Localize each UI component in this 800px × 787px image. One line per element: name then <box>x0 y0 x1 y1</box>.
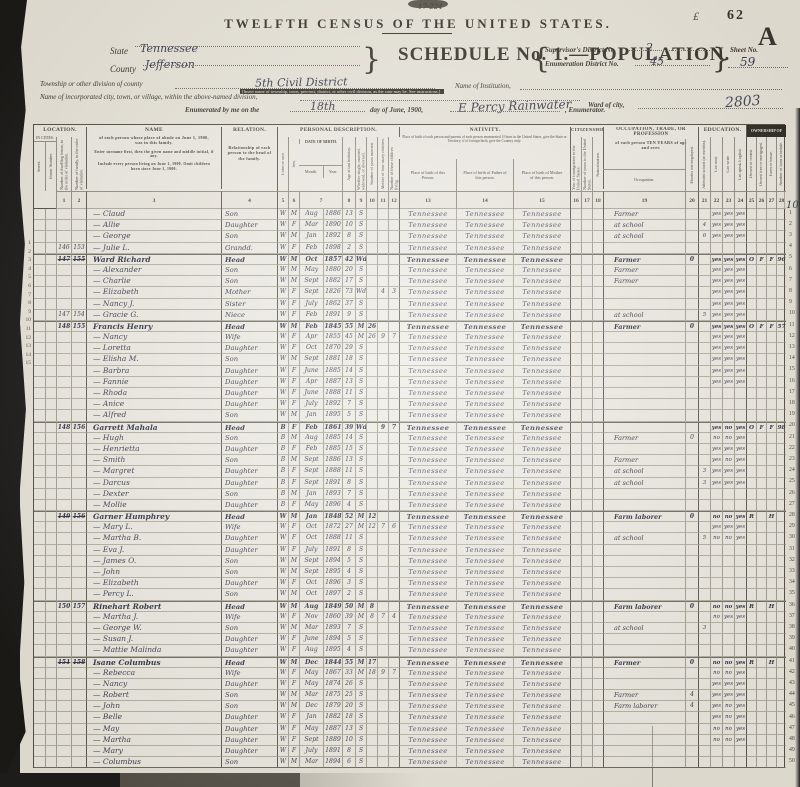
cell-english <box>734 567 746 578</box>
cell-name: — Hugh <box>86 433 221 444</box>
cell-schedule <box>776 545 786 556</box>
cell-pob_mother: Tennessee <box>513 310 570 321</box>
cell-living <box>388 366 399 377</box>
cell-schedule <box>776 265 786 276</box>
cell-farm: H <box>766 601 776 612</box>
cell-name: — Eva J. <box>86 545 221 556</box>
cell-owned <box>746 287 756 298</box>
cell-family <box>71 220 86 231</box>
cell-schedule <box>776 489 786 500</box>
cell-dwelling <box>56 377 71 388</box>
cell-street <box>34 220 45 231</box>
cell-sex: F <box>288 299 299 310</box>
cell-color: W <box>277 757 288 768</box>
cell-sex: F <box>288 645 299 656</box>
cell-read <box>710 388 722 399</box>
left-line-number: 15 <box>21 360 31 366</box>
cell-imm <box>570 757 581 768</box>
cell-occupation: at school <box>603 533 685 544</box>
cell-sex: M <box>288 354 299 365</box>
cell-month: Aug <box>299 433 323 444</box>
cell-house <box>45 567 56 578</box>
cell-occupation: at school <box>603 310 685 321</box>
cell-dwelling <box>56 354 71 365</box>
cell-imm <box>570 366 581 377</box>
cell-street <box>34 522 45 533</box>
cell-nat <box>592 209 603 220</box>
cell-school: 3 <box>698 478 710 489</box>
cell-marital: S <box>355 545 366 556</box>
cell-house <box>45 712 56 723</box>
cell-mother_of: 9 <box>377 668 388 679</box>
cell-house <box>45 299 56 310</box>
cell-relation: Daughter <box>221 679 277 690</box>
cell-mother_of <box>377 601 388 612</box>
handwritten-2803: 2803 <box>724 93 761 111</box>
cell-name: — Nancy <box>86 679 221 690</box>
cell-school <box>698 645 710 656</box>
cell-pob: Tennessee <box>399 377 456 388</box>
cell-write <box>722 746 734 757</box>
cell-pob_father: Tennessee <box>456 589 513 600</box>
cell-pob: Tennessee <box>399 299 456 310</box>
cell-imm <box>570 634 581 645</box>
cell-write <box>722 578 734 589</box>
cell-imm <box>570 321 581 332</box>
cell-yrs_us <box>581 455 592 466</box>
cell-family <box>71 455 86 466</box>
line-number: 28 <box>789 512 799 518</box>
cell-pob_mother: Tennessee <box>513 466 570 477</box>
cell-street <box>34 589 45 600</box>
cell-street <box>34 612 45 623</box>
cell-read: no <box>710 533 722 544</box>
cell-school <box>698 500 710 511</box>
cell-read: yes <box>710 522 722 533</box>
cell-street <box>34 276 45 287</box>
cell-imm <box>570 489 581 500</box>
cell-school <box>698 757 710 768</box>
cell-schedule <box>776 366 786 377</box>
cell-month: Oct <box>299 578 323 589</box>
cell-farm <box>766 209 776 220</box>
cell-schedule <box>776 511 786 522</box>
cell-schedule <box>776 657 786 668</box>
cell-sex: F <box>288 533 299 544</box>
cell-occupation <box>603 366 685 377</box>
cell-name: — Dexter <box>86 489 221 500</box>
cell-pob_father: Tennessee <box>456 724 513 735</box>
cell-house <box>45 433 56 444</box>
table-row: 147155Ward RichardHeadWMOct185742WdTenne… <box>34 254 786 265</box>
cell-read: no <box>710 724 722 735</box>
cell-months_unemployed <box>685 612 698 623</box>
cell-sex: M <box>288 601 299 612</box>
cell-mother_of <box>377 567 388 578</box>
name-sub2: Enter surname first, then the given name… <box>93 150 215 159</box>
cell-pob_mother: Tennessee <box>513 243 570 254</box>
cell-months_unemployed <box>685 422 698 433</box>
cell-month: Sept <box>299 354 323 365</box>
cell-mother_of <box>377 377 388 388</box>
cell-name: Rinehart Robert <box>86 601 221 612</box>
cell-nat <box>592 276 603 287</box>
cell-schedule <box>776 388 786 399</box>
day-rule <box>290 111 365 112</box>
cell-read <box>710 410 722 421</box>
cell-mother_of <box>377 220 388 231</box>
cell-schedule <box>776 243 786 254</box>
cell-pob_father: Tennessee <box>456 410 513 421</box>
cell-read: yes <box>710 321 722 332</box>
cell-schedule <box>776 276 786 287</box>
cell-relation: Son <box>221 433 277 444</box>
cell-sex: F <box>288 466 299 477</box>
cell-write: no <box>722 422 734 433</box>
cell-year: 1892 <box>323 399 342 410</box>
cell-pob: Tennessee <box>399 489 456 500</box>
cell-school <box>698 399 710 410</box>
cell-street <box>34 533 45 544</box>
cell-read <box>710 645 722 656</box>
cell-mother_of <box>377 690 388 701</box>
cell-read: no <box>710 668 722 679</box>
cell-free <box>756 455 766 466</box>
cell-pob_mother: Tennessee <box>513 533 570 544</box>
line-number: 2 <box>789 221 799 227</box>
cell-sex: F <box>288 399 299 410</box>
cell-yrs_us <box>581 522 592 533</box>
cell-english <box>734 634 746 645</box>
cell-family <box>71 231 86 242</box>
cell-living <box>388 533 399 544</box>
table-row: — SmithSonBMSept188613STennesseeTennesse… <box>34 455 786 466</box>
table-row: — ColumbusSonWMMar18946STennesseeTenness… <box>34 757 786 768</box>
cell-pob: Tennessee <box>399 735 456 746</box>
cell-marital: S <box>355 444 366 455</box>
cell-pob_mother: Tennessee <box>513 589 570 600</box>
cell-months_unemployed <box>685 410 698 421</box>
cell-pob_father: Tennessee <box>456 500 513 511</box>
cell-school <box>698 433 710 444</box>
cell-school <box>698 388 710 399</box>
cell-occupation: at school <box>603 466 685 477</box>
cell-yrs_us <box>581 310 592 321</box>
cell-yrs_married: 18 <box>366 668 377 679</box>
cell-marital: M <box>355 601 366 612</box>
cell-imm <box>570 265 581 276</box>
table-row: — AniceDaughterWFJuly18927STennesseeTenn… <box>34 399 786 410</box>
cell-schedule <box>776 645 786 656</box>
cell-write: no <box>722 601 734 612</box>
cell-dwelling: 146 <box>56 243 71 254</box>
cell-owned <box>746 623 756 634</box>
cell-living <box>388 444 399 455</box>
cell-nat <box>592 735 603 746</box>
cell-owned <box>746 690 756 701</box>
cell-relation: Daughter <box>221 578 277 589</box>
cell-age: 18 <box>342 354 355 365</box>
cell-relation: Wife <box>221 612 277 623</box>
cell-write: no <box>722 657 734 668</box>
cell-write: no <box>722 455 734 466</box>
cell-imm <box>570 399 581 410</box>
cell-age: 11 <box>342 533 355 544</box>
cell-relation: Son <box>221 410 277 421</box>
cell-farm <box>766 231 776 242</box>
cell-year: 1870 <box>323 343 342 354</box>
cell-living <box>388 589 399 600</box>
column-number: 6 <box>288 191 299 209</box>
cell-english: yes <box>734 276 746 287</box>
cell-month: Nov <box>299 612 323 623</box>
cell-nat <box>592 701 603 712</box>
cell-house <box>45 310 56 321</box>
cell-free <box>756 265 766 276</box>
cell-nat <box>592 343 603 354</box>
cell-living <box>388 265 399 276</box>
cell-months_unemployed <box>685 578 698 589</box>
column-number: 27 <box>766 191 776 209</box>
cell-farm: F <box>766 422 776 433</box>
cell-relation: Son <box>221 623 277 634</box>
cell-schedule <box>776 231 786 242</box>
cell-farm <box>766 354 776 365</box>
cell-months_unemployed <box>685 243 698 254</box>
cell-color: W <box>277 601 288 612</box>
cell-color: B <box>277 478 288 489</box>
cell-color: W <box>277 657 288 668</box>
cell-nat <box>592 567 603 578</box>
column-number: 17 <box>581 191 592 209</box>
cell-marital: S <box>355 366 366 377</box>
cell-month: Mar <box>299 220 323 231</box>
cell-dwelling <box>56 612 71 623</box>
cell-dwelling <box>56 489 71 500</box>
cell-school <box>698 422 710 433</box>
line-number: 20 <box>789 422 799 428</box>
cell-dwelling: 147 <box>56 254 71 265</box>
cell-nat <box>592 634 603 645</box>
cell-pob: Tennessee <box>399 578 456 589</box>
cell-write: yes <box>722 522 734 533</box>
cell-farm <box>766 343 776 354</box>
cell-write <box>722 623 734 634</box>
cell-dwelling <box>56 757 71 768</box>
cell-months_unemployed <box>685 634 698 645</box>
table-row: — HenriettaDaughterBFFeb188515STennessee… <box>34 444 786 455</box>
cell-pob_mother: Tennessee <box>513 478 570 489</box>
column-number: 14 <box>456 191 513 209</box>
cell-marital: S <box>355 455 366 466</box>
cell-write <box>722 399 734 410</box>
cell-months_unemployed <box>685 545 698 556</box>
cell-write: yes <box>722 679 734 690</box>
cell-house <box>45 466 56 477</box>
cell-imm <box>570 254 581 265</box>
cell-farm <box>766 556 776 567</box>
cell-occupation <box>603 645 685 656</box>
cell-dwelling: 149 <box>56 511 71 522</box>
cell-month: May <box>299 724 323 735</box>
cell-nat <box>592 623 603 634</box>
cell-sex: F <box>288 444 299 455</box>
cell-months_unemployed <box>685 589 698 600</box>
cell-occupation: Farmer <box>603 265 685 276</box>
cell-mother_of <box>377 545 388 556</box>
state-rule <box>135 46 360 47</box>
cell-family <box>71 366 86 377</box>
cell-occupation <box>603 712 685 723</box>
cell-imm <box>570 556 581 567</box>
cell-year: 1857 <box>323 254 342 265</box>
cell-owned <box>746 522 756 533</box>
left-line-number: 10 <box>21 317 31 323</box>
cell-relation: Daughter <box>221 735 277 746</box>
cell-pob_father: Tennessee <box>456 757 513 768</box>
table-row: 146153— Julie L.Grandd.WFFeb18982STennes… <box>34 243 786 254</box>
cell-yrs_married <box>366 366 377 377</box>
cell-write: yes <box>722 444 734 455</box>
cell-yrs_us <box>581 757 592 768</box>
cell-living <box>388 545 399 556</box>
cell-mother_of <box>377 343 388 354</box>
cell-school <box>698 522 710 533</box>
cell-schedule <box>776 601 786 612</box>
cell-occupation <box>603 679 685 690</box>
cell-yrs_married <box>366 254 377 265</box>
cell-year: 1880 <box>323 265 342 276</box>
cell-read: yes <box>710 422 722 433</box>
cell-schedule <box>776 377 786 388</box>
cell-pob: Tennessee <box>399 354 456 365</box>
cell-relation: Mother <box>221 287 277 298</box>
cell-free <box>756 478 766 489</box>
cell-sex: M <box>288 209 299 220</box>
cell-sex: F <box>288 243 299 254</box>
cell-dwelling <box>56 545 71 556</box>
cell-mother_of: 4 <box>377 287 388 298</box>
col-naturalization: Naturalization. <box>592 137 603 191</box>
cell-marital: S <box>355 500 366 511</box>
cell-pob_father: Tennessee <box>456 478 513 489</box>
cell-pob_father: Tennessee <box>456 444 513 455</box>
cell-owned <box>746 276 756 287</box>
cell-marital: Wd <box>355 287 366 298</box>
cell-street <box>34 399 45 410</box>
cell-name: — Margret <box>86 466 221 477</box>
cell-yrs_married <box>366 388 377 399</box>
education-group-title: EDUCATION. <box>698 127 746 137</box>
cell-schedule: 96 <box>776 254 786 265</box>
cell-free <box>756 612 766 623</box>
cell-free <box>756 343 766 354</box>
cell-house <box>45 724 56 735</box>
cell-sex: M <box>288 265 299 276</box>
cell-relation: Son <box>221 231 277 242</box>
cell-occupation <box>603 746 685 757</box>
cell-yrs_us <box>581 556 592 567</box>
cell-school <box>698 332 710 343</box>
cell-yrs_married: 26 <box>366 332 377 343</box>
cell-year: 1855 <box>323 332 342 343</box>
cell-nat <box>592 612 603 623</box>
cell-mother_of <box>377 231 388 242</box>
cell-street <box>34 321 45 332</box>
cell-marital: S <box>355 410 366 421</box>
cell-owned: O <box>746 254 756 265</box>
cell-free <box>756 332 766 343</box>
cell-owned <box>746 433 756 444</box>
cell-living <box>388 511 399 522</box>
cell-months_unemployed: 0 <box>685 511 698 522</box>
col-immigration-year: Year of immigration to the United States… <box>570 137 581 191</box>
table-row: — NancyWifeWFApr185545M2697TennesseeTenn… <box>34 332 786 343</box>
cell-months_unemployed <box>685 209 698 220</box>
line-number: 11 <box>789 322 799 328</box>
citizenship-group-title: CITIZENSHIP. <box>570 127 603 137</box>
cell-nat <box>592 410 603 421</box>
cell-pob_father: Tennessee <box>456 209 513 220</box>
cell-farm <box>766 332 776 343</box>
table-row: — ClaudSonWMAug188613STennesseeTennessee… <box>34 209 786 220</box>
cell-house <box>45 746 56 757</box>
cell-month: Jan <box>299 712 323 723</box>
district-brace-right: } <box>712 42 730 75</box>
cell-nat <box>592 657 603 668</box>
enumerated-mid: day of June, 1900, <box>370 106 423 114</box>
cell-owned <box>746 354 756 365</box>
cell-read: yes <box>710 466 722 477</box>
cell-write: yes <box>722 310 734 321</box>
cell-name: — Gracie G. <box>86 310 221 321</box>
cell-month: Feb <box>299 422 323 433</box>
cell-relation: Son <box>221 354 277 365</box>
cell-dwelling <box>56 712 71 723</box>
cell-english <box>734 545 746 556</box>
cell-pob_mother: Tennessee <box>513 276 570 287</box>
cell-english: yes <box>734 254 746 265</box>
cell-color: W <box>277 243 288 254</box>
cell-imm <box>570 589 581 600</box>
cell-pob_father: Tennessee <box>456 231 513 242</box>
cell-yrs_us <box>581 701 592 712</box>
cell-imm <box>570 243 581 254</box>
cell-dwelling <box>56 645 71 656</box>
cell-yrs_married <box>366 399 377 410</box>
cell-nat <box>592 500 603 511</box>
cell-pob_mother: Tennessee <box>513 623 570 634</box>
cell-year: 1882 <box>323 712 342 723</box>
cell-age: 7 <box>342 399 355 410</box>
cell-age: 11 <box>342 388 355 399</box>
cell-sex: M <box>288 556 299 567</box>
cell-month: Sept <box>299 276 323 287</box>
cell-free <box>756 489 766 500</box>
cell-pob_mother: Tennessee <box>513 757 570 768</box>
cell-farm <box>766 589 776 600</box>
cell-school <box>698 589 710 600</box>
cell-pob_father: Tennessee <box>456 533 513 544</box>
cell-house <box>45 444 56 455</box>
cell-yrs_married: 12 <box>366 522 377 533</box>
cell-pob_father: Tennessee <box>456 712 513 723</box>
cell-write: no <box>722 712 734 723</box>
cell-sex: F <box>288 500 299 511</box>
cell-month: Feb <box>299 310 323 321</box>
cell-occupation <box>603 377 685 388</box>
cell-months_unemployed: 0 <box>685 657 698 668</box>
